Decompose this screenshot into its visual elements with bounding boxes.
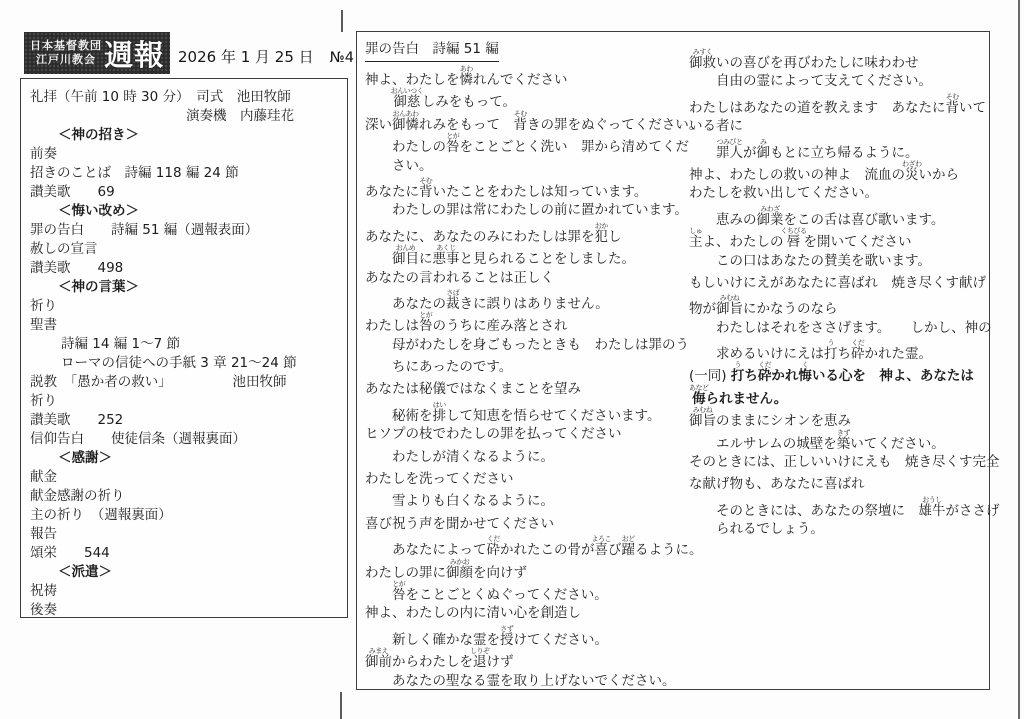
service-line: 罪の告白 詩編 51 編（週報表面） xyxy=(30,221,347,240)
psalm-line: 御旨みむねのままにシオンを恵み xyxy=(689,406,985,428)
confession-title: 罪の告白 詩編 51 編 xyxy=(365,40,499,62)
psalm-line: 神よ、わたしの内に清い心を創造し xyxy=(365,602,685,624)
psalm-line: わたしの咎とがをことごとく洗い 罪から清めてくだ xyxy=(365,132,685,154)
psalm-line: 深い御憐おんあわれみをもって 背そむきの罪をぬぐってください。 xyxy=(365,110,685,132)
service-line: 祈り xyxy=(30,297,347,316)
psalm-line: 神よ、わたしを憐あわれんでください xyxy=(365,65,685,87)
service-line: 祈り xyxy=(30,392,347,411)
service-line: 讃美歌 252 xyxy=(30,411,347,430)
psalm-line: あなたの言われることは正しく xyxy=(365,267,685,289)
psalm-line: そのときには、あなたの祭壇に 雄牛おうしがささげ xyxy=(689,496,985,518)
service-line: 讃美歌 498 xyxy=(30,259,347,278)
psalm-line: あなたは秘儀ではなくまことを望み xyxy=(365,378,685,400)
psalm-line: 自由の霊によって支えてください。 xyxy=(689,70,985,92)
service-line: 聖書 xyxy=(30,316,347,335)
psalm-line: 御救みすくいの喜びを再びわたしに味わわせ xyxy=(689,48,985,70)
psalm-line: あなたの聖なる霊を取り上げないでください。 xyxy=(365,670,685,692)
service-line: ＜神の言葉＞ xyxy=(58,278,347,297)
psalm-line: そのときには、正しいいけにえも 焼き尽くす完全 xyxy=(689,451,985,473)
service-line: 赦しの宣言 xyxy=(30,240,347,259)
service-line: 説教 「愚か者の救い」 池田牧師 xyxy=(30,373,347,392)
confession-box: 罪の告白 詩編 51 編 神よ、わたしを憐あわれんでください 御慈おんいつくしみ… xyxy=(356,31,990,690)
psalm-line: あなたの裁さばきに誤りはありません。 xyxy=(365,289,685,311)
psalm-line: 罪人つみびとが御みもとに立ち帰るように。 xyxy=(689,138,985,160)
psalm-line: この口はあなたの賛美を歌います。 xyxy=(689,250,985,272)
psalm-line: 神よ、わたしの救いの神よ 流血の災わざわいから xyxy=(689,160,985,182)
psalm-line: あなたに背そむいたことをわたしは知っています。 xyxy=(365,177,685,199)
service-line: 後奏 xyxy=(30,601,347,620)
masthead-box: 日本基督教団 江戸川教会 週報 xyxy=(24,32,170,74)
psalm-line: 求めるいけにえは打うち砕くだかれた霊。 xyxy=(689,339,985,361)
church-name-line1: 日本基督教団 xyxy=(30,39,102,53)
service-line: 報告 xyxy=(30,525,347,544)
scan-artifact-line-bottom xyxy=(340,692,342,719)
psalm-line: あなたによって砕くだかれたこの骨が喜よろこび躍おどるように。 xyxy=(365,535,685,557)
psalm-line: な献げ物も、あなたに喜ばれ xyxy=(689,473,985,495)
psalm-line: もしいけにえがあなたに喜ばれ 焼き尽くす献げ xyxy=(689,272,985,294)
issue-date-line: 2026 年 1 月 25 日№4 xyxy=(178,46,354,67)
psalm-line: 物が御旨みむねにかなうのなら xyxy=(689,294,985,316)
service-line: 演奏機 内藤珪花 xyxy=(186,107,347,126)
service-line: 献金 xyxy=(30,468,347,487)
service-line: ＜悔い改め＞ xyxy=(58,202,347,221)
psalm-line: ちにあったのです。 xyxy=(365,356,685,378)
confession-text-right: 御救みすくいの喜びを再びわたしに味わわせ 自由の霊によって支えてください。わたし… xyxy=(689,48,985,541)
psalm-line: 喜び祝う声を聞かせてください xyxy=(365,513,685,535)
service-line: 讃美歌 69 xyxy=(30,183,347,202)
service-line: ＜感謝＞ xyxy=(58,449,347,468)
psalm-line: (一同) 打うち砕くだかれ悔くいる心を 神よ、あなたは xyxy=(689,361,985,383)
issue-date: 2026 年 1 月 25 日 xyxy=(178,48,314,66)
worship-order-box: 礼拝（午前 10 時 30 分） 司式 池田牧師演奏機 内藤珪花＜神の招き＞前奏… xyxy=(20,78,348,618)
service-line: ローマの信徒への手紙 3 章 21～24 節 xyxy=(61,354,347,373)
psalm-line: あなたに、あなたのみにわたしは罪を犯おかし xyxy=(365,222,685,244)
service-line: 祝祷 xyxy=(30,582,347,601)
psalm-line: 新しく確かな霊を授さずけてください。 xyxy=(365,625,685,647)
service-line: 頌栄 544 xyxy=(30,544,347,563)
psalm-line: 雪よりも白くなるように。 xyxy=(365,490,685,512)
issue-number: №4 xyxy=(330,50,354,66)
service-line: 詩編 14 編 1～7 節 xyxy=(61,335,347,354)
church-name-line2: 江戸川教会 xyxy=(30,53,102,67)
confession-column-1: 罪の告白 詩編 51 編 神よ、わたしを憐あわれんでください 御慈おんいつくしみ… xyxy=(357,32,685,689)
church-name: 日本基督教団 江戸川教会 xyxy=(30,39,102,67)
psalm-line: 秘術を排はいして知恵を悟らせてくださいます。 xyxy=(365,401,685,423)
service-line: 信仰告白 使徒信条（週報裏面） xyxy=(30,430,347,449)
service-line: 献金感謝の祈り xyxy=(30,487,347,506)
psalm-line: わたしの罪は常にわたしの前に置かれています。 xyxy=(365,199,685,221)
psalm-line: わたしはそれをささげます。 しかし、神の xyxy=(689,317,985,339)
psalm-line: わたしは咎とがのうちに産み落とされ xyxy=(365,311,685,333)
psalm-line: 母がわたしを身ごもったときも わたしは罪のう xyxy=(365,334,685,356)
psalm-line: わたしはあなたの道を教えます あなたに背そむいて xyxy=(689,93,985,115)
service-line: ＜神の招き＞ xyxy=(58,126,347,145)
scan-artifact-line-top xyxy=(341,10,343,32)
service-line: 前奏 xyxy=(30,145,347,164)
confession-text-left: 神よ、わたしを憐あわれんでください 御慈おんいつくしみをもって。深い御憐おんあわ… xyxy=(365,65,685,692)
psalm-line-prefix: (一同) xyxy=(689,368,731,384)
service-line: 主の祈り （週報裏面） xyxy=(30,506,347,525)
psalm-line: 咎とがをことごとくぬぐってください。 xyxy=(365,580,685,602)
confession-column-2: 御救みすくいの喜びを再びわたしに味わわせ 自由の霊によって支えてください。わたし… xyxy=(685,32,985,689)
service-line: ＜派遣＞ xyxy=(58,563,347,582)
psalm-line: 恵みの御業みわざをこの舌は喜び歌います。 xyxy=(689,205,985,227)
service-line: 招きのことば 詩編 118 編 24 節 xyxy=(30,164,347,183)
service-line: 礼拝（午前 10 時 30 分） 司式 池田牧師 xyxy=(30,88,347,107)
psalm-line: わたしを洗ってください xyxy=(365,468,685,490)
psalm-line: わたしが清くなるように。 xyxy=(365,446,685,468)
worship-order-list: 礼拝（午前 10 時 30 分） 司式 池田牧師演奏機 内藤珪花＜神の招き＞前奏… xyxy=(30,88,347,620)
psalm-line: 御目おんめに悪事あくじと見られることをしました。 xyxy=(365,244,685,266)
scan-artifact-line-right xyxy=(1018,0,1020,719)
bulletin-title: 週報 xyxy=(104,33,164,74)
